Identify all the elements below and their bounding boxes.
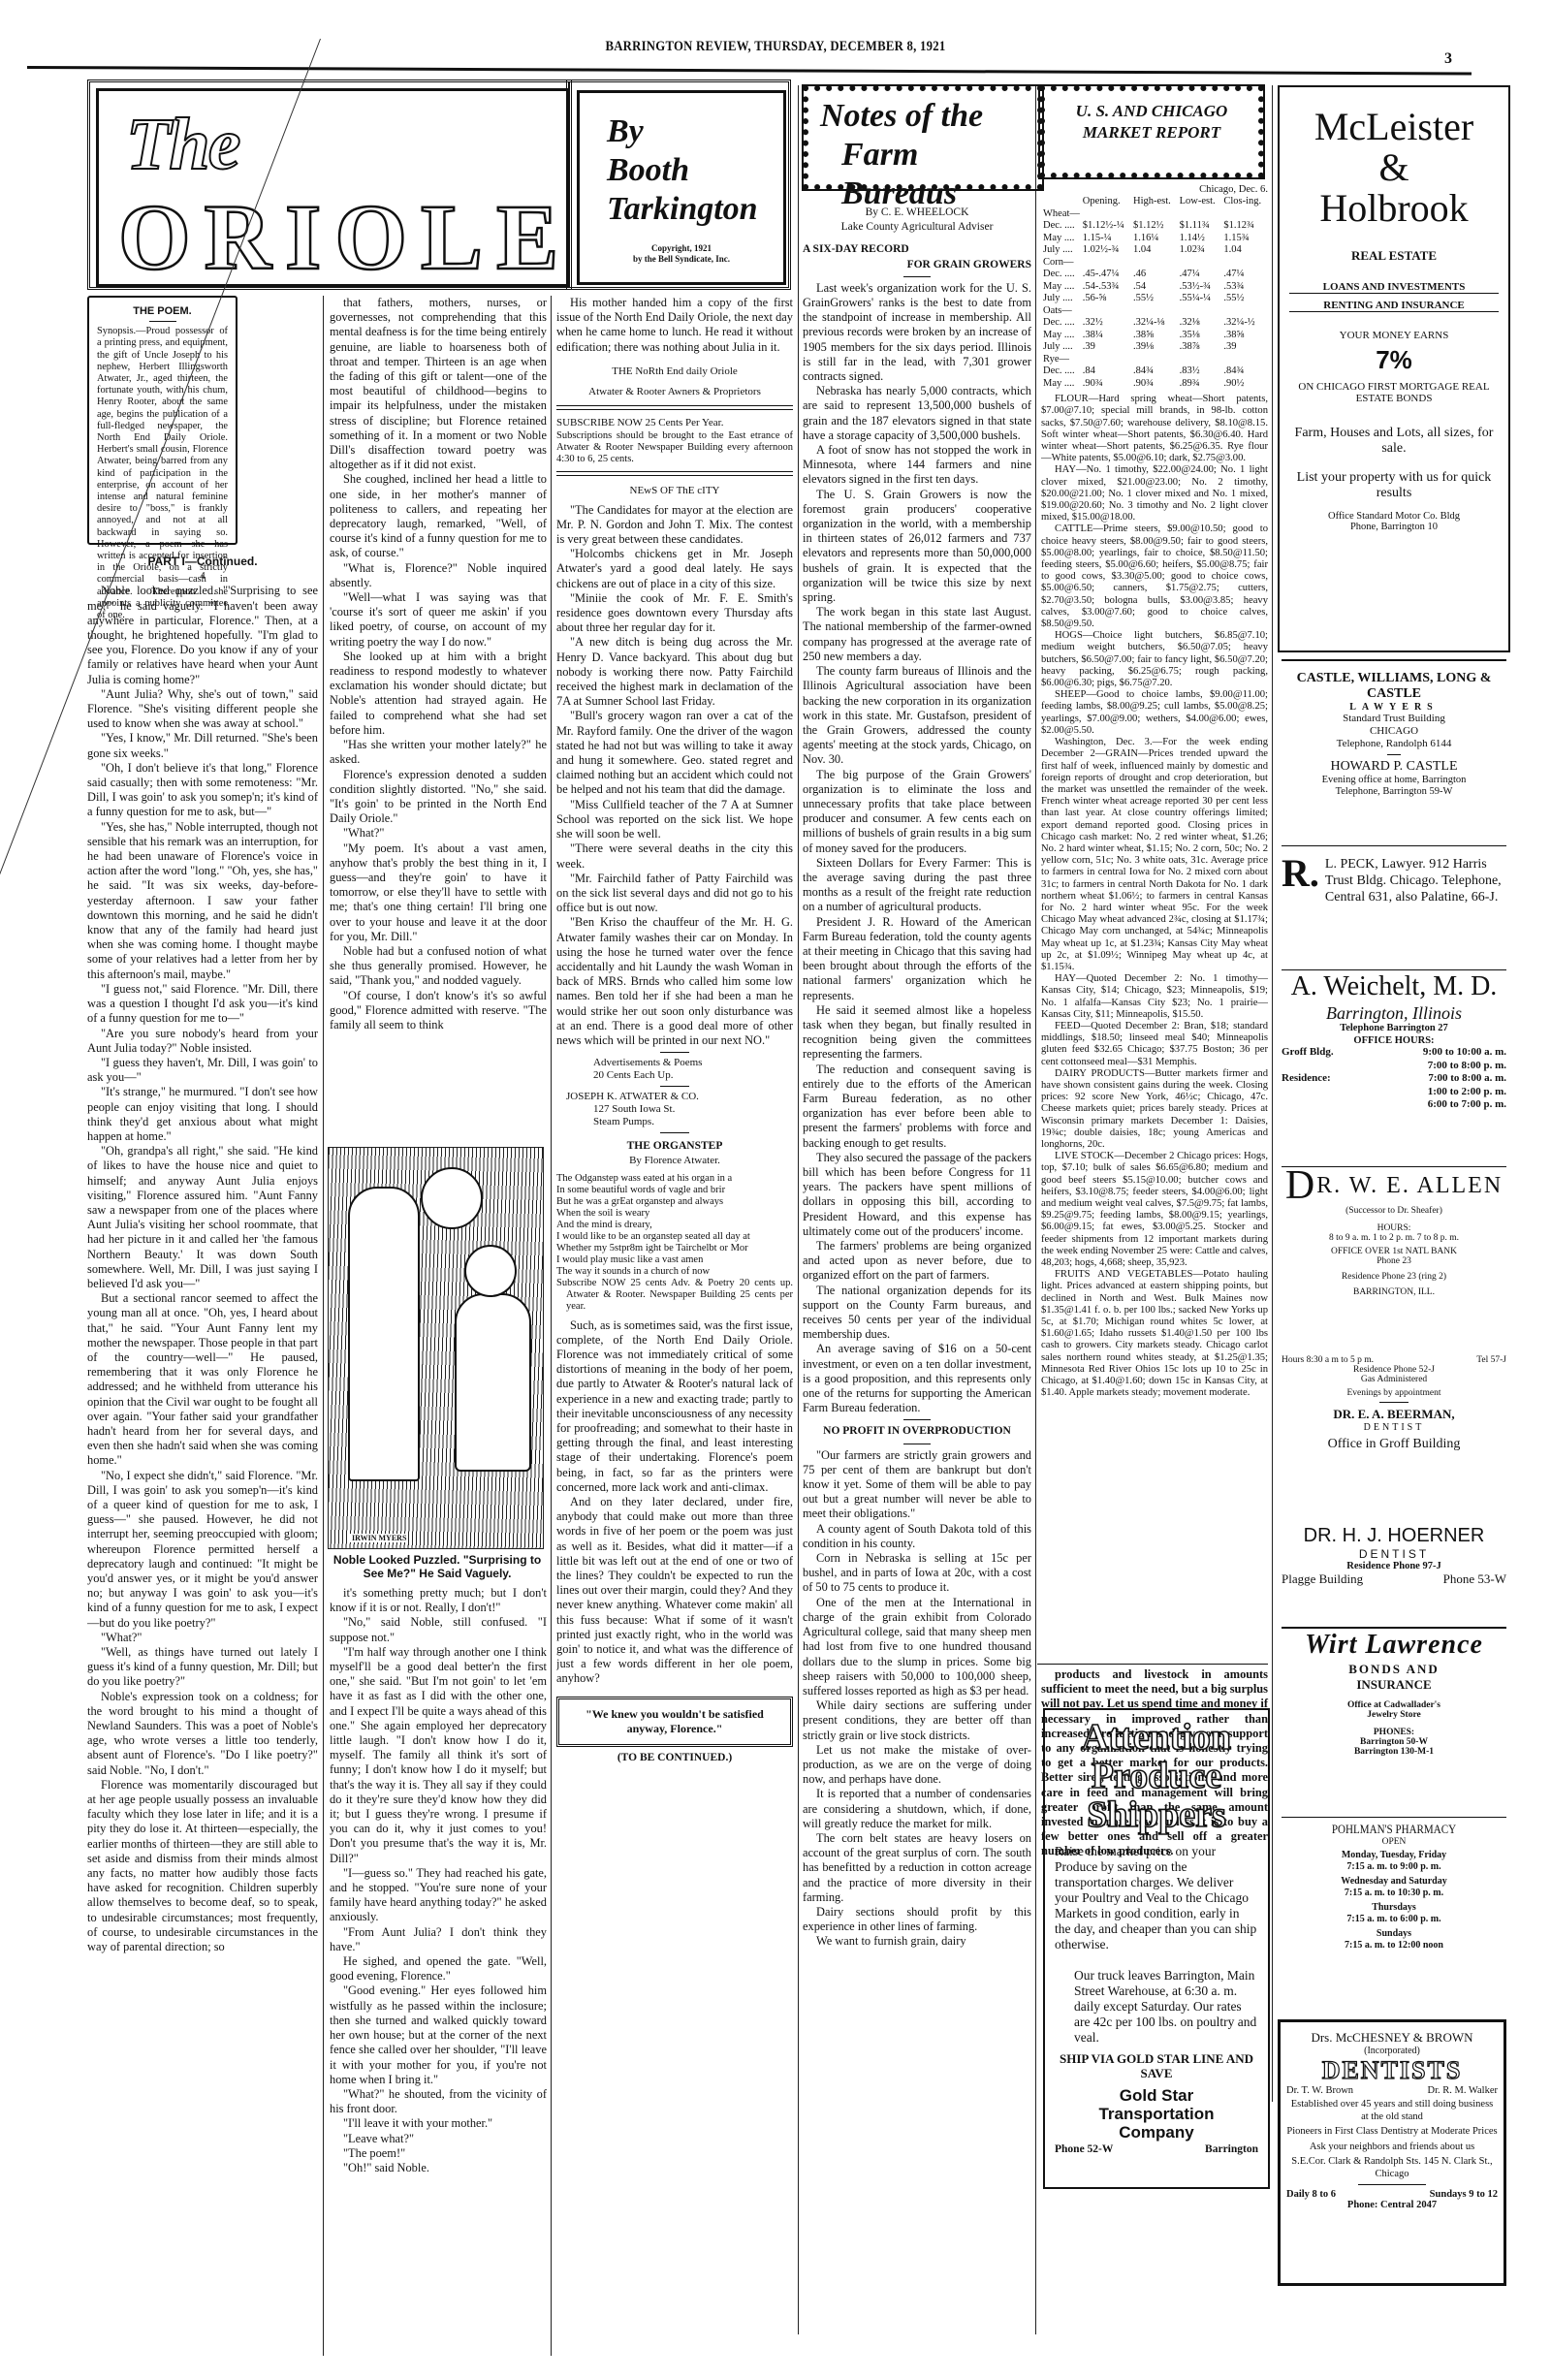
table-cell: .90¾	[1131, 378, 1178, 391]
castle-building: Standard Trust Building	[1282, 713, 1506, 725]
mcchesney-sundays: Sundays 9 to 12	[1430, 2189, 1498, 2200]
story-paragraph: "Has she written your mother lately?" he…	[330, 738, 547, 767]
lawrence-phone-1: Barrington 50-W	[1282, 1737, 1506, 1747]
farm-paragraph: We want to furnish grain, dairy	[803, 1934, 1031, 1949]
market-dateline: Chicago, Dec. 6.	[1041, 184, 1268, 196]
synopsis-box: THE POEM. Synopsis.—Proud possessor of a…	[87, 296, 237, 545]
story-paragraph: it's something pretty much; but I don't …	[330, 1586, 547, 1615]
table-cell: .89¾	[1178, 378, 1222, 391]
market-body: FLOUR—Hard spring wheat—Short patents, $…	[1041, 394, 1268, 1399]
illustration-girl	[455, 1293, 531, 1472]
table-cell: .53½-¾	[1178, 281, 1222, 294]
weichelt-hours: Groff Bldg.9:00 to 10:00 a. m.7:00 to 8:…	[1282, 1046, 1506, 1112]
story-paragraph: She looked up at him with a bright readi…	[330, 650, 547, 738]
poem-line: In some beautiful words of vagle and bri…	[556, 1185, 793, 1196]
table-cell: .56-⅝	[1081, 293, 1131, 305]
story-paragraph: "My poem. It's about a vast amen, anyhow…	[330, 841, 547, 944]
commodity-name: Oats—	[1041, 305, 1268, 318]
castle-lawyers-ad: CASTLE, WILLIAMS, LONG & CASTLE LAWYERS …	[1282, 659, 1506, 798]
mcchesney-lines: Established over 45 years and still doin…	[1286, 2099, 1498, 2180]
story-paragraph: "Yes, I know," Mr. Dill returned. "She's…	[87, 731, 318, 760]
lawrence-ad: Wirt Lawrence BONDS AND INSURANCE Office…	[1282, 1627, 1506, 1757]
hoerner-name: DR. H. J. HOERNER	[1282, 1524, 1506, 1547]
story-illustration: IRWIN MYERS	[328, 1147, 544, 1549]
story-paragraph: "Good evening." Her eyes followed him wi…	[330, 1983, 547, 2086]
headline-shippers: Shippers	[1055, 1795, 1258, 1834]
table-cell: .47¼	[1178, 269, 1222, 281]
gold-star-company: Gold Star Transportation Company	[1055, 2086, 1258, 2142]
table-cell: .84¾	[1221, 365, 1268, 378]
table-row: Dec. ....$1.12½-¼$1.12½$1.11¾$1.12¾	[1041, 220, 1268, 233]
news-item: "Holcombs chickens get in Mr. Joseph Atw…	[556, 547, 793, 591]
table-header-cell: Clos-ing.	[1221, 196, 1268, 208]
story-paragraph: Florence was momentarily discouraged but…	[87, 1778, 318, 1954]
story-col2-body: that fathers, mothers, nurses, or govern…	[330, 296, 547, 1032]
divider	[903, 276, 931, 277]
mcchesney-hours: Daily 8 to 6 Sundays 9 to 12	[1286, 2189, 1498, 2200]
ad-atwater: JOSEPH K. ATWATER & CO. 127 South Iowa S…	[556, 1091, 793, 1128]
story-paragraph: Noble looked puzzled. "'Surprising to se…	[87, 584, 318, 686]
table-cell: .54-.53¾	[1081, 281, 1131, 294]
page-number: 3	[1444, 50, 1452, 68]
mcchesney-line: Ask your neighbors and friends about us	[1286, 2142, 1498, 2154]
divider	[1037, 1664, 1268, 1665]
boxed-quote: "We knew you wouldn't be satisfied anywa…	[556, 1697, 793, 1747]
beerman-evenings: Evenings by appointment	[1282, 1388, 1506, 1398]
story-paragraph: "No, I expect she didn't," said Florence…	[87, 1469, 318, 1631]
farm-paragraph: Sixteen Dollars for Every Farmer: This i…	[803, 856, 1031, 915]
ad-atwater-address: 127 South Iowa St.	[556, 1103, 793, 1116]
story-title-the: The	[126, 103, 238, 187]
name-amp: &	[1289, 147, 1499, 188]
farm-byline: By C. E. WHEELOCK	[803, 206, 1031, 220]
divider	[660, 1086, 689, 1087]
table-cell: 1.02½-¾	[1081, 244, 1131, 257]
table-cell: 1.15-¼	[1081, 233, 1131, 245]
table-header-cell: High-est.	[1131, 196, 1178, 208]
mcleister-bonds: ON CHICAGO FIRST MORTGAGE REAL ESTATE BO…	[1289, 381, 1499, 404]
divider	[903, 1444, 931, 1444]
story-paragraph: "I guess not," said Florence. "Mr. Dill,…	[87, 982, 318, 1027]
poem-line: Subscribe NOW 25 cents Adv. & Poetry 20 …	[556, 1278, 793, 1313]
table-cell: 1.14½	[1178, 233, 1222, 245]
farm-paragraph: They also secured the passage of the pac…	[803, 1151, 1031, 1239]
table-cell: .32½	[1081, 317, 1131, 330]
lawrence-sub-2: INSURANCE	[1282, 1677, 1506, 1693]
table-row: July .....39.39⅛.38⅞.39	[1041, 341, 1268, 354]
office-hours-time: 1:00 to 2:00 p. m.	[1428, 1086, 1506, 1099]
table-cell: .90¾	[1081, 378, 1131, 391]
hoerner-res-phone: Residence Phone 97-J	[1282, 1561, 1506, 1571]
table-row: Dec. .....32½.32¼-⅛.32⅛.32¼-½	[1041, 317, 1268, 330]
company-line1: Gold Star	[1055, 2086, 1258, 2105]
story-paragraph: "Yes, she has," Noble interrupted, thoug…	[87, 820, 318, 982]
divider	[556, 475, 793, 476]
divider	[1358, 2184, 1426, 2185]
story-column-3: His mother handed him a copy of the firs…	[556, 296, 793, 2312]
lawrence-phone-2: Barrington 130-M-1	[1282, 1747, 1506, 1757]
table-cell: .39⅛	[1131, 341, 1178, 354]
story-paragraph: "Are you sure nobody's heard from your A…	[87, 1027, 318, 1056]
ad-atwater-product: Steam Pumps.	[556, 1116, 793, 1128]
gold-star-body: Raise the market price on your Produce b…	[1055, 1844, 1258, 1952]
part-number: 4	[87, 569, 318, 584]
story-title: ORIOLE	[118, 183, 572, 291]
hoerner-role: DENTIST	[1282, 1547, 1506, 1561]
beerman-gas: Gas Administered	[1282, 1375, 1506, 1384]
table-cell: .47¼	[1221, 269, 1268, 281]
synopsis-heading: THE POEM.	[97, 305, 228, 317]
farm-notes-title-box: Notes of the Farm Bureaus	[803, 85, 1043, 190]
table-cell: July ....	[1041, 293, 1081, 305]
story-paragraph: "From Aunt Julia? I don't think they hav…	[330, 1925, 547, 1954]
table-cell: .39	[1221, 341, 1268, 354]
story-paragraph: Florence's expression denoted a sudden c…	[330, 768, 547, 827]
schedule-days: Monday, Tuesday, Friday	[1282, 1850, 1506, 1861]
mcleister-loans: LOANS AND INVESTMENTS	[1289, 281, 1499, 294]
poem-title: THE ORGANSTEP	[556, 1139, 793, 1154]
mcchesney-inc: (Incorporated)	[1286, 2046, 1498, 2056]
farm-paragraph: The U. S. Grain Growers is now the forem…	[803, 488, 1031, 606]
allen-initial: D	[1285, 1163, 1316, 1208]
beerman-residence: Residence Phone 52-J	[1282, 1365, 1506, 1375]
table-cell: 1.04	[1221, 244, 1268, 257]
farm-paragraph: The farmers' problems are being organize…	[803, 1239, 1031, 1284]
table-cell: .55¼-¼	[1178, 293, 1222, 305]
story-paragraph: "Of course, I don't know's it's so awful…	[330, 989, 547, 1033]
story-paragraph: "Well, as things have turned out lately …	[87, 1645, 318, 1690]
story-paragraph: "What is, Florence?" Noble inquired abse…	[330, 561, 547, 590]
lawrence-office-1: Office at Cadwallader's	[1282, 1700, 1506, 1710]
farm-paragraph: The national organization depends for it…	[803, 1284, 1031, 1343]
peck-text: L. PECK, Lawyer. 912 Harris Trust Bldg. …	[1325, 857, 1502, 904]
hoerner-ad: DR. H. J. HOERNER DENTIST Residence Phon…	[1282, 1524, 1506, 1587]
story-paragraph: "Well—what I was saying was that 'course…	[330, 590, 547, 650]
ad-poems-price: 20 Cents Each Up.	[593, 1069, 793, 1082]
news-item: "Bull's grocery wagon ran over a cat of …	[556, 709, 793, 797]
table-cell: .84	[1081, 365, 1131, 378]
poem-line: The Odganstep wass eated at his organ in…	[556, 1173, 793, 1185]
castle-name: CASTLE, WILLIAMS, LONG & CASTLE	[1282, 671, 1506, 702]
table-cell: .45-.47¼	[1081, 269, 1131, 281]
allen-name-rest: R. W. E. ALLEN	[1316, 1173, 1503, 1198]
commodity-name: Rye—	[1041, 354, 1268, 366]
poem-line: And the mind is dreary,	[556, 1220, 793, 1231]
illustration-caption: Noble Looked Puzzled. "Surprising to See…	[328, 1553, 547, 1580]
poem-line: The way it sounds in a church of now	[556, 1266, 793, 1278]
table-header-cell: Opening.	[1081, 196, 1131, 208]
table-cell: Dec. ....	[1041, 365, 1081, 378]
allen-hours: 8 to 9 a. m. 1 to 2 p. m. 7 to 8 p. m.	[1282, 1233, 1506, 1243]
story-paragraph: He sighed, and opened the gate. "Well, g…	[330, 1954, 547, 1983]
market-column: Chicago, Dec. 6. Opening.High-est.Low-es…	[1041, 184, 1268, 1663]
schedule-days: Wednesday and Saturday	[1282, 1876, 1506, 1888]
office-hours-time: 9:00 to 10:00 a. m.	[1423, 1046, 1506, 1060]
news-item: "Mr. Fairchild father of Patty Fairchild…	[556, 872, 793, 916]
divider	[556, 409, 793, 410]
table-cell: .90½	[1221, 378, 1268, 391]
table-cell: May ....	[1041, 378, 1081, 391]
mcchesney-name: Drs. McCHESNEY & BROWN	[1286, 2030, 1498, 2046]
divider	[1387, 754, 1401, 755]
story-col3-body: Such, as is sometimes said, was the firs…	[556, 1318, 793, 1687]
story-column-1: PART I—Continued. 4 Noble looked puzzled…	[87, 553, 318, 2356]
table-cell: .83½	[1178, 365, 1222, 378]
allen-ad: DR. W. E. ALLEN (Successor to Dr. Sheafe…	[1282, 1166, 1506, 1297]
table-cell: 1.15¾	[1221, 233, 1268, 245]
news-heading: NEwS OF ThE cITY	[556, 484, 793, 498]
story-byline: By Booth Tarkington	[607, 112, 758, 229]
poem-line: I would play music like a vast amen	[556, 1254, 793, 1266]
howard-phone: Telephone, Barrington 59-W	[1282, 786, 1506, 798]
market-paragraph: HAY—No. 1 timothy, $22.00@24.00; No. 1 l…	[1041, 464, 1268, 524]
market-paragraph: LIVE STOCK—December 2 Chicago prices: Ho…	[1041, 1151, 1268, 1269]
commodity-name: Wheat—	[1041, 208, 1268, 221]
table-row: July .....56-⅝.55½.55¼-¼.55½	[1041, 293, 1268, 305]
office-hours-time: 7:00 to 8:00 p. m.	[1428, 1060, 1506, 1073]
beerman-office: Office in Groff Building	[1282, 1437, 1506, 1452]
farm-column: By C. E. WHEELOCK Lake County Agricultur…	[803, 206, 1031, 2319]
allen-office: OFFICE OVER 1st NATL BANK	[1282, 1247, 1506, 1256]
table-cell: Dec. ....	[1041, 269, 1081, 281]
schedule-hours: 7:15 a. m. to 12:00 noon	[1282, 1940, 1506, 1952]
news-item: "The Candidates for mayor at the electio…	[556, 503, 793, 548]
subscribe-heading: SUBSCRIBE NOW 25 Cents Per Year.	[556, 416, 793, 430]
mcleister-rate: 7%	[1289, 345, 1499, 375]
name-line3: Holbrook	[1289, 188, 1499, 229]
mcchesney-line: Established over 45 years and still doin…	[1286, 2099, 1498, 2123]
oriole-title-box: The ORIOLE	[87, 79, 572, 290]
column-rule	[551, 296, 552, 2356]
farm-paragraph: The work began in this state last August…	[803, 605, 1031, 664]
story-col3-intro: His mother handed him a copy of the firs…	[556, 296, 793, 355]
office-hours-row: 6:00 to 7:00 p. m.	[1282, 1098, 1506, 1112]
table-header-cell: Low-est.	[1178, 196, 1222, 208]
table-row: May .....54-.53¾.54.53½-¾.53¾	[1041, 281, 1268, 294]
farm-paragraph: Nebraska has nearly 5,000 contracts, whi…	[803, 384, 1031, 443]
ad-poems: Advertisements & Poems 20 Cents Each Up.	[556, 1057, 793, 1082]
table-group-row: Corn—	[1041, 257, 1268, 270]
market-title-line1: U. S. AND CHICAGO	[1045, 101, 1258, 122]
lawrence-office-2: Jewelry Store	[1282, 1710, 1506, 1720]
story-paragraph: "Oh, I don't believe it's that long," Fl…	[87, 761, 318, 820]
table-cell: July ....	[1041, 341, 1081, 354]
market-paragraph: HOGS—Choice light butchers, $6.85@7.10; …	[1041, 630, 1268, 689]
farm-paragraph: The reduction and consequent saving is e…	[803, 1063, 1031, 1151]
company-line2: Transportation	[1055, 2105, 1258, 2123]
story-col2b-body: it's something pretty much; but I don't …	[330, 1586, 547, 2175]
mcleister-list: List your property with us for quick res…	[1289, 470, 1499, 501]
market-title-line2: MARKET REPORT	[1045, 122, 1258, 143]
table-group-row: Oats—	[1041, 305, 1268, 318]
story-paragraph: "I guess they haven't, Mr. Dill, I was g…	[87, 1056, 318, 1085]
column-rule	[323, 296, 324, 2356]
headline-attention: Attention	[1055, 1718, 1258, 1757]
table-cell: 1.02¾	[1178, 244, 1222, 257]
farm-paragraph: "Our farmers are strictly grain growers …	[803, 1448, 1031, 1522]
illustration-man	[348, 1187, 420, 1481]
story-paragraph: "What?" he shouted, from the vicinity of…	[330, 2087, 547, 2116]
market-paragraph: FRUITS AND VEGETABLES—Potato hauling lig…	[1041, 1269, 1268, 1399]
table-cell: .46	[1131, 269, 1178, 281]
howard-evening: Evening office at home, Barrington	[1282, 775, 1506, 786]
mcchesney-brown-ad: Drs. McCHESNEY & BROWN (Incorporated) DE…	[1278, 2019, 1506, 2286]
lawrence-phones-heading: PHONES:	[1282, 1728, 1506, 1737]
table-cell: .35⅛	[1178, 330, 1222, 342]
story-paragraph: "What?"	[87, 1631, 318, 1645]
news-item: "A new ditch is being dug across the Mr.…	[556, 635, 793, 709]
mcleister-renting: RENTING AND INSURANCE	[1289, 300, 1499, 312]
farm-headline-1b: FOR GRAIN GROWERS	[803, 258, 1031, 272]
to-be-continued: (TO BE CONTINUED.)	[556, 1751, 793, 1765]
allen-phone: Phone 23	[1282, 1256, 1506, 1266]
table-row: July ....1.02½-¾1.041.02¾1.04	[1041, 244, 1268, 257]
allen-city: BARRINGTON, ILL.	[1282, 1287, 1506, 1297]
table-cell: .38⅝	[1131, 330, 1178, 342]
farm-paragraph: It is reported that a number of condensa…	[803, 1787, 1031, 1831]
column-rule	[1035, 85, 1036, 2334]
farm-title-line2: Farm Bureaus	[820, 136, 1037, 213]
table-group-row: Wheat—	[1041, 208, 1268, 221]
table-cell: .39	[1081, 341, 1131, 354]
subscribe-text: Subscriptions should be brought to the E…	[556, 430, 793, 465]
beerman-hours: Hours 8:30 a m to 5 p m.	[1282, 1355, 1374, 1365]
market-paragraph: HAY—Quoted December 2: No. 1 timothy—Kan…	[1041, 973, 1268, 1021]
market-paragraph: SHEEP—Good to choice lambs, $9.00@11.00;…	[1041, 689, 1268, 737]
mcchesney-line: Pioneers in First Class Dentistry at Mod…	[1286, 2126, 1498, 2139]
gold-star-city: Barrington	[1205, 2143, 1258, 2155]
table-cell: May ....	[1041, 233, 1081, 245]
beerman-name: DR. E. A. BEERMAN,	[1282, 1407, 1506, 1422]
hoerner-contact: Plagge Building Phone 53-W	[1282, 1571, 1506, 1587]
peck-initial: R.	[1282, 856, 1319, 891]
castle-phone: Telephone, Randolph 6144	[1282, 738, 1506, 750]
farm-title-line1: Notes of the	[820, 97, 1037, 136]
byline-last: Tarkington	[607, 190, 758, 229]
poem-line: Whether my 5stpr8m ight be Tairchelbt or…	[556, 1243, 793, 1254]
story-col1-body: Noble looked puzzled. "'Surprising to se…	[87, 584, 318, 1954]
divider	[660, 1052, 689, 1053]
story-paragraph: "Leave what?"	[330, 2132, 547, 2146]
table-row: Dec. .....84.84¾.83½.84¾	[1041, 365, 1268, 378]
farm-byline-role: Lake County Agricultural Adviser	[803, 220, 1031, 235]
beerman-tel: Tel 57-J	[1476, 1355, 1506, 1365]
table-cell: 1.04	[1131, 244, 1178, 257]
news-item: "Miss Cullfield teacher of the 7 A at Su…	[556, 798, 793, 842]
pohlman-schedule: Monday, Tuesday, Friday7:15 a. m. to 9:0…	[1282, 1850, 1506, 1952]
story-paragraph: Noble's expression took on a coldness; f…	[87, 1690, 318, 1778]
table-cell: .32¼-½	[1221, 317, 1268, 330]
copyright-notice: Copyright, 1921 by the Bell Syndicate, I…	[580, 243, 783, 265]
hoerner-phone: Phone 53-W	[1443, 1571, 1506, 1587]
allen-name: DR. W. E. ALLEN	[1282, 1171, 1506, 1206]
gold-star-headline: Attention Produce Shippers	[1055, 1718, 1258, 1834]
story-paragraph: "I'm half way through another one I thin…	[330, 1645, 547, 1866]
table-cell: .53¾	[1221, 281, 1268, 294]
divider	[149, 321, 176, 322]
oriole-paper-owners: Atwater & Rooter Awners & Proprietors	[556, 385, 793, 399]
news-item: "Miniie the cook of Mr. F. E. Smith's re…	[556, 591, 793, 636]
table-cell: .84¾	[1131, 365, 1178, 378]
market-paragraph: DAIRY PRODUCTS—Butter markets firmer and…	[1041, 1068, 1268, 1151]
divider	[556, 471, 793, 472]
company-line3: Company	[1055, 2123, 1258, 2142]
table-cell: .38⅝	[1221, 330, 1268, 342]
table-cell: 1.16¼	[1131, 233, 1178, 245]
schedule-hours: 7:15 a. m. to 6:00 p. m.	[1282, 1914, 1506, 1925]
story-column-2: that fathers, mothers, nurses, or govern…	[330, 296, 547, 1141]
grain-price-table: Opening.High-est.Low-est.Clos-ing.Wheat—…	[1041, 196, 1268, 390]
mcchesney-line: S.E.Cor. Clark & Randolph Sts. 145 N. Cl…	[1286, 2156, 1498, 2180]
howard-castle: HOWARD P. CASTLE	[1282, 759, 1506, 775]
story-column-2b: it's something pretty much; but I don't …	[330, 1586, 547, 2356]
ad-poems-line: Advertisements & Poems	[593, 1057, 793, 1069]
office-hours-row: Residence:7:00 to 8:00 a. m.	[1282, 1072, 1506, 1086]
table-cell: .32⅛	[1178, 317, 1222, 330]
mcleister-holbrook-ad: McLeister & Holbrook REAL ESTATE LOANS A…	[1278, 85, 1510, 652]
office-hours-row: 7:00 to 8:00 p. m.	[1282, 1060, 1506, 1073]
castle-role: LAWYERS	[1282, 702, 1506, 713]
doctor-walker: Dr. R. M. Walker	[1428, 2085, 1498, 2096]
farm-paragraph: While dairy sections are suffering under…	[803, 1698, 1031, 1743]
story-paragraph: "No," said Noble, still confused. "I sup…	[330, 1615, 547, 1644]
gold-star-phone: Phone 52-W	[1055, 2143, 1113, 2155]
illustration-girl-head	[464, 1245, 517, 1297]
market-report-title: U. S. AND CHICAGO MARKET REPORT	[1045, 91, 1258, 143]
market-paragraph: FEED—Quoted December 2: Bran, $18; stand…	[1041, 1021, 1268, 1068]
farm-paragraph: Let us not make the mistake of over-prod…	[803, 1743, 1031, 1788]
table-cell: May ....	[1041, 281, 1081, 294]
pohlman-pharmacy-ad: POHLMAN'S PHARMACY OPEN Monday, Tuesday,…	[1282, 1817, 1506, 1952]
table-row: May .....90¾.90¾.89¾.90½	[1041, 378, 1268, 391]
beerman-role: DENTIST	[1282, 1422, 1506, 1433]
farm-notes-title: Notes of the Farm Bureaus	[808, 91, 1037, 213]
allen-hours-heading: HOURS:	[1282, 1223, 1506, 1233]
headline-produce: Produce	[1055, 1757, 1258, 1795]
allen-res-phone: Residence Phone 23 (ring 2)	[1282, 1272, 1506, 1282]
story-paragraph: "The poem!"	[330, 2146, 547, 2161]
table-header-row: Opening.High-est.Low-est.Clos-ing.	[1041, 196, 1268, 208]
farm-body-2: "Our farmers are strictly grain growers …	[803, 1448, 1031, 1950]
table-cell: $1.12¾	[1221, 220, 1268, 233]
table-cell: $1.12½	[1131, 220, 1178, 233]
farm-paragraph: Last week's organization work for the U.…	[803, 281, 1031, 384]
mcleister-farm: Farm, Houses and Lots, all sizes, for sa…	[1289, 426, 1499, 457]
copyright-syndicate: by the Bell Syndicate, Inc.	[580, 254, 783, 265]
market-paragraph: FLOUR—Hard spring wheat—Short patents, $…	[1041, 394, 1268, 464]
weichelt-phone: Telephone Barrington 27	[1282, 1023, 1506, 1033]
story-paragraph: "I—guess so." They had reached his gate,…	[330, 1866, 547, 1925]
office-hours-place: Groff Bldg.	[1282, 1046, 1334, 1060]
table-cell: $1.12½-¼	[1081, 220, 1131, 233]
pohlman-open: OPEN	[1282, 1837, 1506, 1847]
table-row: Dec. .....45-.47¼.46.47¼.47¼	[1041, 269, 1268, 281]
divider	[556, 405, 793, 406]
table-cell: $1.11¾	[1178, 220, 1222, 233]
market-paragraph: CATTLE—Prime steers, $9.00@10.50; good t…	[1041, 524, 1268, 630]
farm-paragraph: A county agent of South Dakota told of t…	[803, 1522, 1031, 1551]
schedule-days: Sundays	[1282, 1928, 1506, 1940]
mcchesney-doctors: Dr. T. W. Brown Dr. R. M. Walker	[1286, 2085, 1498, 2096]
lawrence-name: Wirt Lawrence	[1282, 1629, 1506, 1662]
table-cell: .55½	[1221, 293, 1268, 305]
weichelt-ad: A. Weichelt, M. D. Barrington, Illinois …	[1282, 969, 1506, 1112]
mcchesney-phone: Phone: Central 2047	[1286, 2200, 1498, 2210]
gold-star-ad: Attention Produce Shippers Raise the mar…	[1043, 1708, 1270, 2189]
mcchesney-title: DENTISTS	[1286, 2056, 1498, 2085]
copyright-line: Copyright, 1921	[580, 243, 783, 254]
mcleister-office: Office Standard Motor Co. Bldg	[1289, 511, 1499, 522]
